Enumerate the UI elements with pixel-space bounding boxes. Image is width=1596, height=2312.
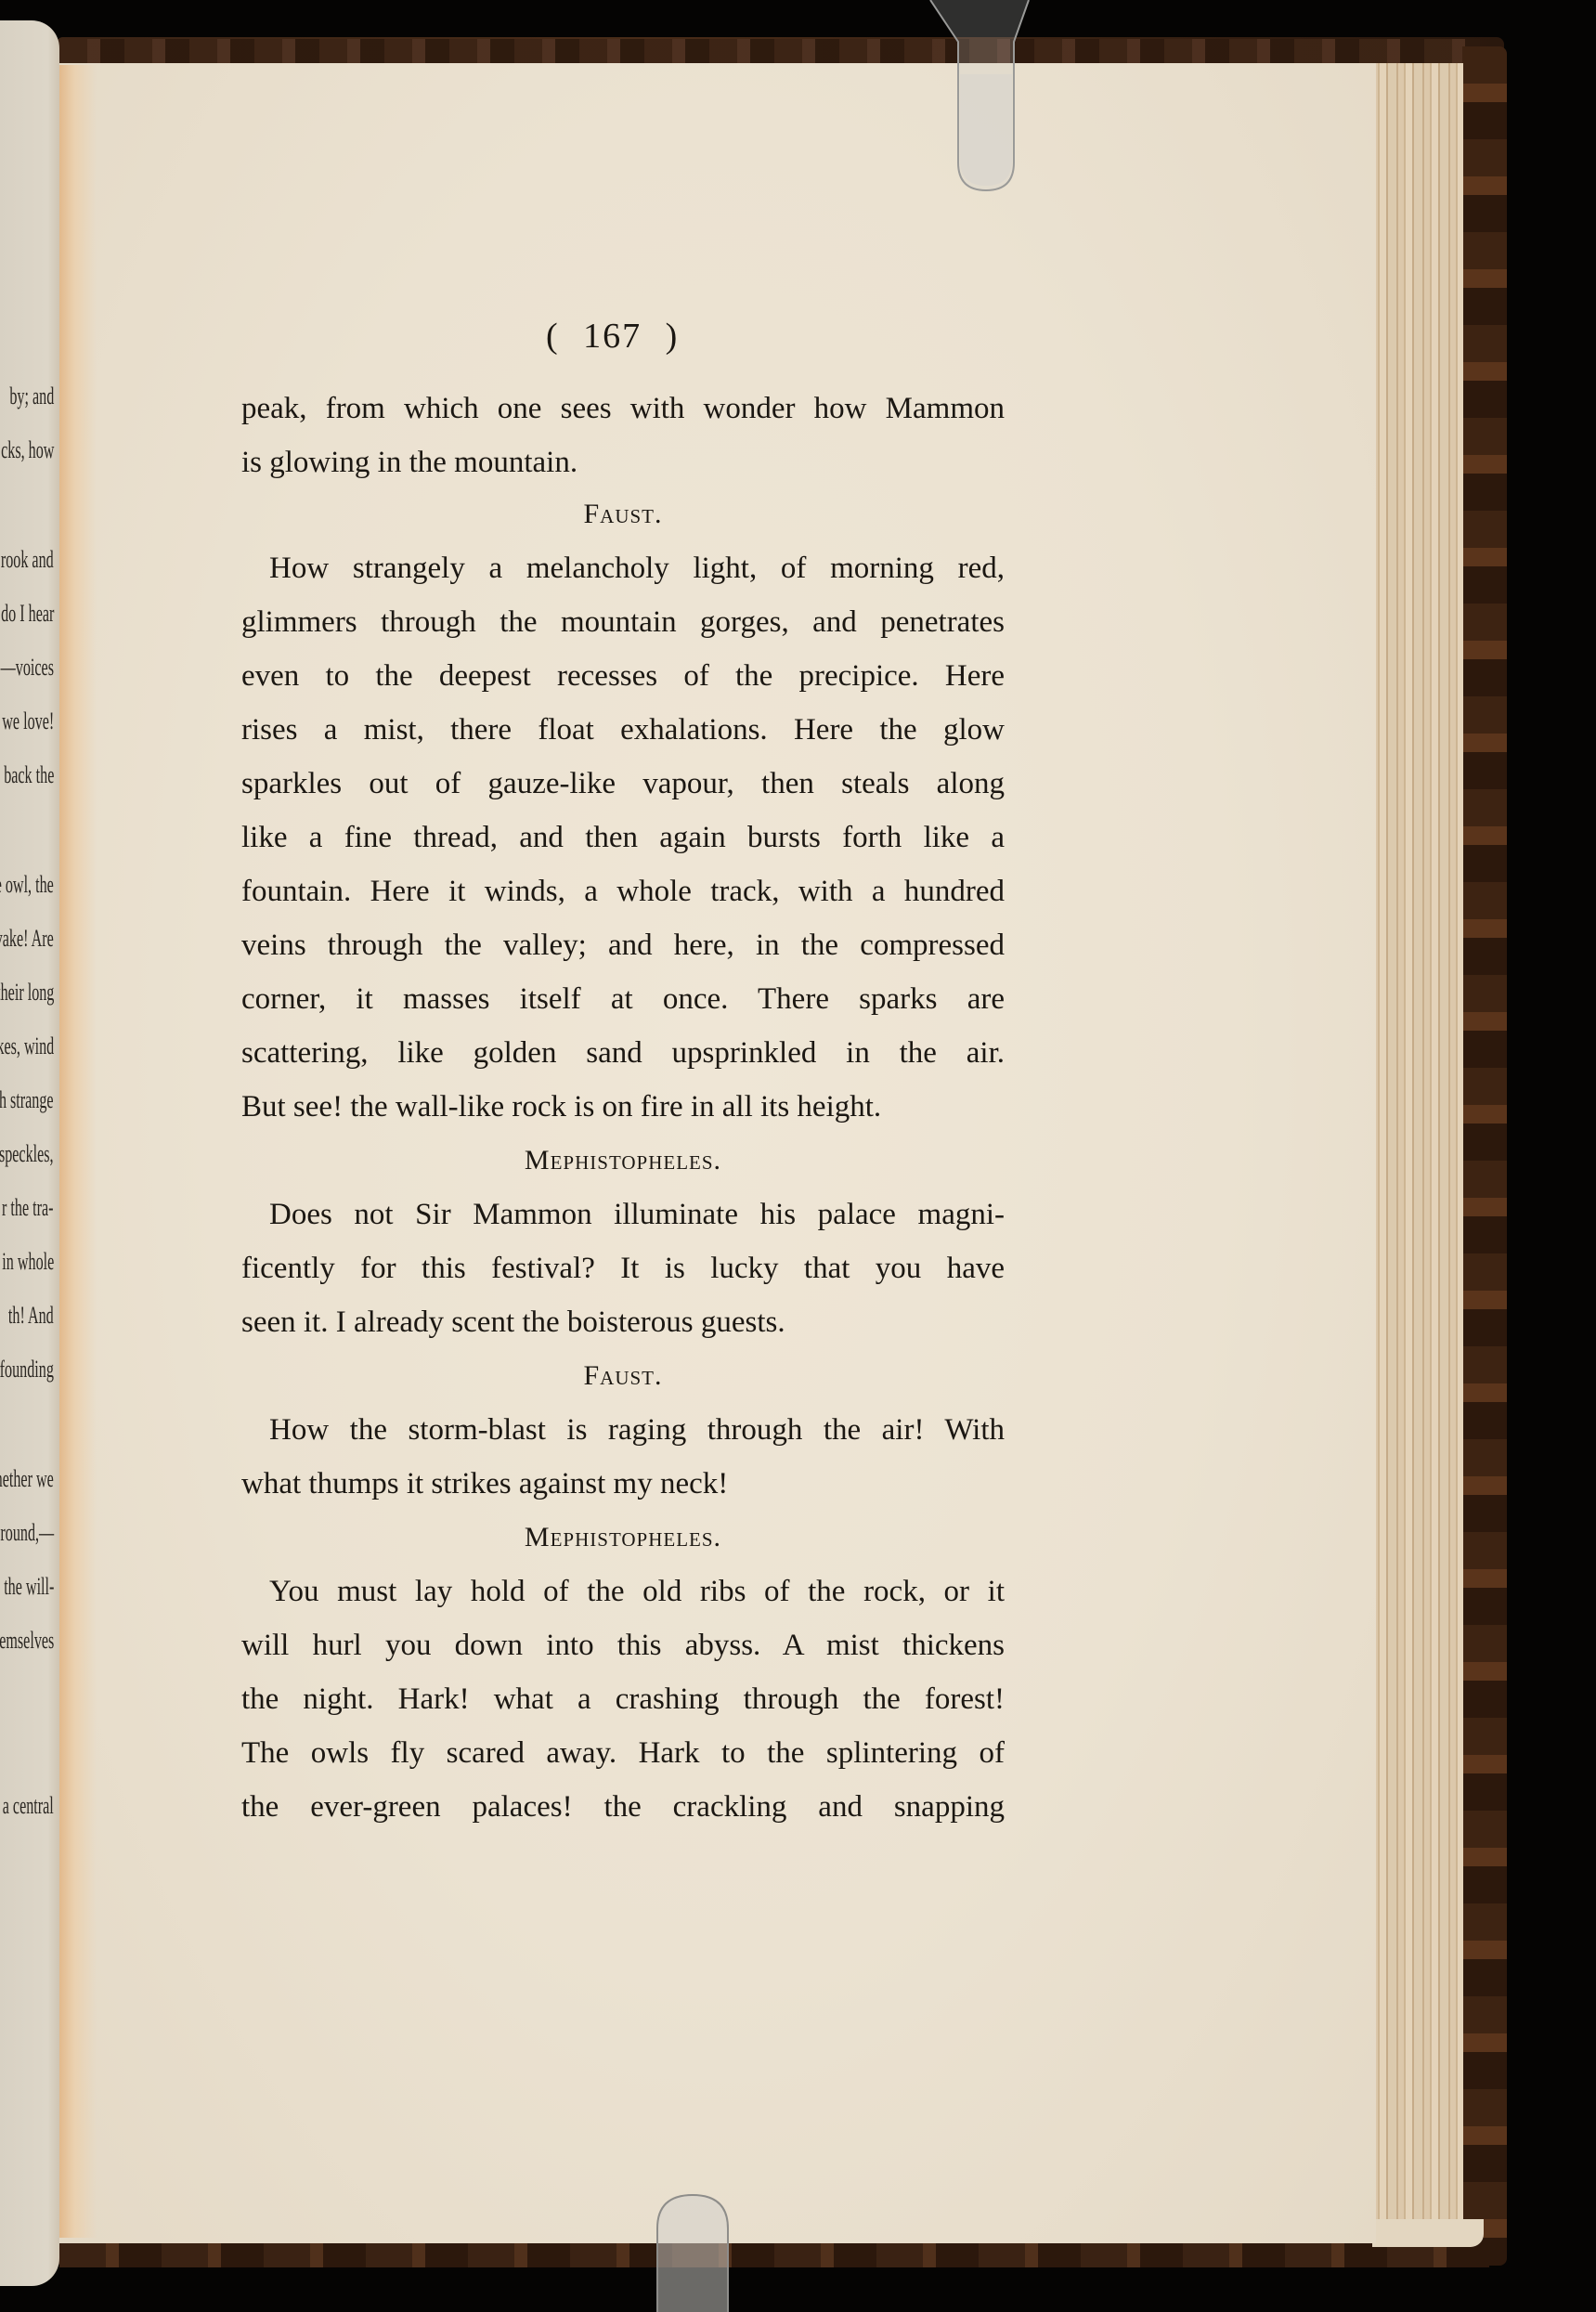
text-line: like a fine thread, and then again burst… bbox=[241, 819, 1005, 856]
text-line: veins through the valley; and here, in t… bbox=[241, 927, 1005, 964]
book-cover-right-edge bbox=[1462, 46, 1507, 2266]
gutter-shadow bbox=[59, 65, 97, 2238]
facing-page: by; andcks, howrook anddo I hear?—voices… bbox=[0, 20, 59, 2286]
facing-page-text-fragment: th! And bbox=[8, 1302, 54, 1330]
text-line: what thumps it strikes against my neck! bbox=[241, 1465, 1005, 1502]
facing-page-text-fragment: vake! Are bbox=[0, 925, 54, 953]
page-stack-edge bbox=[1372, 63, 1463, 2245]
text-line: Does not Sir Mammon illuminate his palac… bbox=[241, 1196, 1005, 1233]
text-line: glimmers through the mountain gorges, an… bbox=[241, 604, 1005, 641]
facing-page-text-fragment: hether we bbox=[0, 1465, 54, 1493]
text-line: the night. Hark! what a crashing through… bbox=[241, 1681, 1005, 1718]
facing-page-text-fragment: round,— bbox=[0, 1519, 54, 1547]
text-line: How strangely a melancholy light, of mor… bbox=[241, 550, 1005, 587]
facing-page-text-fragment: their long bbox=[0, 979, 54, 1007]
facing-page-text-fragment: nfounding bbox=[0, 1356, 54, 1383]
page-number: ( 167 ) bbox=[546, 316, 679, 357]
facing-page-text-fragment: a central bbox=[3, 1792, 54, 1820]
text-line: will hurl you down into this abyss. A mi… bbox=[241, 1627, 1005, 1664]
text-line: ficently for this festival? It is lucky … bbox=[241, 1250, 1005, 1287]
facing-page-text-fragment: back the bbox=[4, 761, 54, 789]
facing-page-text-fragment: we love! bbox=[2, 708, 54, 735]
facing-page-text-fragment: by; and bbox=[9, 383, 54, 410]
text-line: scattering, like golden sand upsprinkled… bbox=[241, 1034, 1005, 1072]
facing-page-text-fragment: akes, wind bbox=[0, 1033, 54, 1060]
facing-page-text-fragment: do I hear bbox=[1, 600, 54, 628]
facing-page-text-fragment: ?—voices bbox=[0, 654, 54, 682]
facing-page-text-fragment: in whole bbox=[2, 1248, 54, 1276]
facing-page-text-fragment: rook and bbox=[1, 546, 54, 574]
facing-page-text-fragment: hemselves bbox=[0, 1627, 54, 1655]
text-line: How the storm-blast is raging through th… bbox=[241, 1411, 1005, 1448]
page-clip-top bbox=[928, 0, 1031, 195]
text-line: rises a mist, there float exhalations. H… bbox=[241, 711, 1005, 748]
text-line: But see! the wall-like rock is on fire i… bbox=[241, 1088, 1005, 1125]
text-line: peak, from which one sees with wonder ho… bbox=[241, 390, 1005, 427]
speaker-heading: Faust. bbox=[241, 496, 1005, 533]
facing-page-text-fragment: h strange bbox=[0, 1086, 54, 1114]
page-stack-corner bbox=[1372, 2219, 1484, 2247]
text-line: even to the deepest recesses of the prec… bbox=[241, 657, 1005, 695]
text-line: The owls fly scared away. Hark to the sp… bbox=[241, 1734, 1005, 1772]
speaker-heading: Mephistopheles. bbox=[241, 1519, 1005, 1556]
facing-page-text-fragment: r the tra- bbox=[3, 1194, 54, 1222]
speaker-heading: Mephistopheles. bbox=[241, 1142, 1005, 1179]
facing-page-text-fragment: speckles, bbox=[0, 1140, 54, 1168]
speaker-heading: Faust. bbox=[241, 1357, 1005, 1395]
facing-page-text-fragment: the will- bbox=[4, 1573, 54, 1601]
facing-page-text-fragment: e owl, the bbox=[0, 871, 54, 899]
text-line: seen it. I already scent the boisterous … bbox=[241, 1304, 1005, 1341]
text-line: fountain. Here it winds, a whole track, … bbox=[241, 873, 1005, 910]
facing-page-text-fragment: cks, how bbox=[1, 436, 54, 464]
text-line: You must lay hold of the old ribs of the… bbox=[241, 1573, 1005, 1610]
text-line: is glowing in the mountain. bbox=[241, 444, 1005, 481]
text-line: corner, it masses itself at once. There … bbox=[241, 981, 1005, 1018]
text-line: sparkles out of gauze-like vapour, then … bbox=[241, 765, 1005, 802]
text-line: the ever-green palaces! the crackling an… bbox=[241, 1788, 1005, 1825]
page-clip-bottom bbox=[644, 2191, 746, 2312]
